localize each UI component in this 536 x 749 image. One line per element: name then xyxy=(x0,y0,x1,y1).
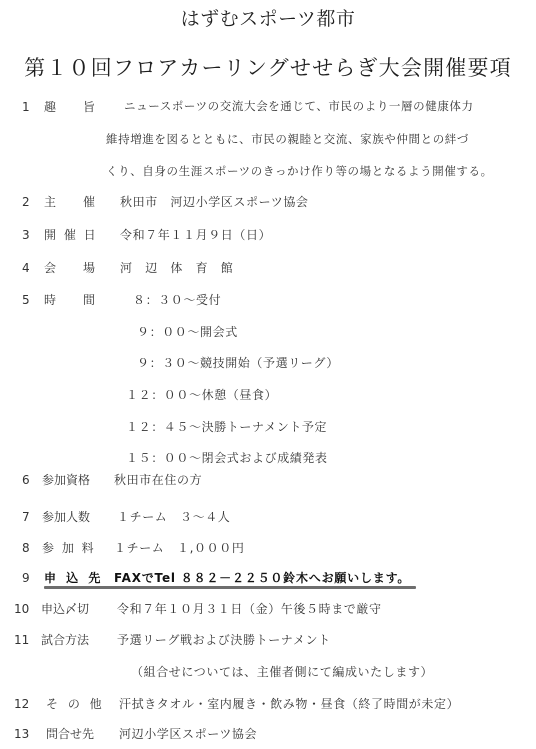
schedule-entry: １５：００～閉会式および成績発表 xyxy=(126,452,328,464)
section-number: 5 xyxy=(22,294,30,306)
section-number: 3 xyxy=(22,229,30,241)
section-label: 申 込 先 xyxy=(44,572,103,584)
eligibility-value: 秋田市在住の方 xyxy=(114,474,202,486)
section-label-part: 場 xyxy=(83,262,95,274)
section-number: 10 xyxy=(14,603,29,615)
section-number: 12 xyxy=(14,698,29,710)
section-number: 4 xyxy=(22,262,30,274)
application-contact-value: FAXでTel ８８２－２２５０鈴木へお願いします。 xyxy=(114,572,410,584)
section-label: 参 加 料 xyxy=(42,542,96,554)
format-note: （組合せについては、主催者側にて編成いたします） xyxy=(131,666,433,678)
section-label: 問合せ先 xyxy=(46,728,94,740)
section-label-part: 旨 xyxy=(83,101,95,113)
purpose-line-1: ニュースポーツの交流大会を通じて、市民のより一層の健康体力 xyxy=(124,101,474,113)
purpose-line-2: 維持増進を図るとともに、市民の親睦と交流、家族や仲間との絆づ xyxy=(106,134,469,146)
section-label-part: 趣 xyxy=(44,101,56,113)
section-label-part: 時 xyxy=(44,294,56,306)
schedule-entry: ９：００～開会式 xyxy=(137,326,238,338)
schedule-entry: ８：３０～受付 xyxy=(133,294,221,306)
section-number: 2 xyxy=(22,196,30,208)
date-value: 令和７年１１月９日（日） xyxy=(120,229,271,241)
section-label: そ の 他 xyxy=(46,698,105,710)
section-number: 8 xyxy=(22,542,30,554)
venue-value: 河 辺 体 育 館 xyxy=(120,262,233,274)
format-value: 予選リーグ戦および決勝トーナメント xyxy=(117,634,331,646)
schedule-entry: １２：４５～決勝トーナメント予定 xyxy=(126,421,327,433)
schedule-entry: １２：００～休憩（昼食） xyxy=(126,389,277,401)
section-number: 7 xyxy=(22,511,30,523)
section-label-part: 間 xyxy=(83,294,95,306)
purpose-line-3: くり、自身の生涯スポーツのきっかけ作り等の場となるよう開催する。 xyxy=(106,166,493,178)
schedule-entry: ９：３０～競技開始（予選リーグ） xyxy=(137,357,339,369)
section-label: 申込〆切 xyxy=(41,603,89,615)
section-label: 開 催 日 xyxy=(44,229,98,241)
section-number: 1 xyxy=(22,101,30,113)
deadline-value: 令和７年１０月３１日（金）午後５時まで厳守 xyxy=(117,603,382,615)
section-label: 参加人数 xyxy=(42,511,90,523)
fee-value: １チーム １,０００円 xyxy=(114,542,244,554)
inquiry-value: 河辺小学区スポーツ協会 xyxy=(119,728,257,740)
other-value: 汗拭きタオル・室内履き・飲み物・昼食（終了時間が未定） xyxy=(119,698,459,710)
section-label-part: 会 xyxy=(44,262,56,274)
document-title: 第１０回フロアカーリングせせらぎ大会開催要項 xyxy=(0,58,536,79)
document-subtitle: はずむスポーツ都市 xyxy=(0,10,536,29)
section-number: 9 xyxy=(22,572,30,584)
section-number: 13 xyxy=(14,728,29,740)
section-number: 11 xyxy=(14,634,29,646)
section-number: 6 xyxy=(22,474,30,486)
highlight-underline xyxy=(44,586,416,589)
section-label: 試合方法 xyxy=(41,634,89,646)
section-label-part: 主 xyxy=(44,196,56,208)
team-size-value: １チーム ３～４人 xyxy=(117,511,230,523)
organizer-value: 秋田市 河辺小学区スポーツ協会 xyxy=(120,196,309,208)
section-label-part: 催 xyxy=(83,196,95,208)
section-label: 参加資格 xyxy=(42,474,90,486)
